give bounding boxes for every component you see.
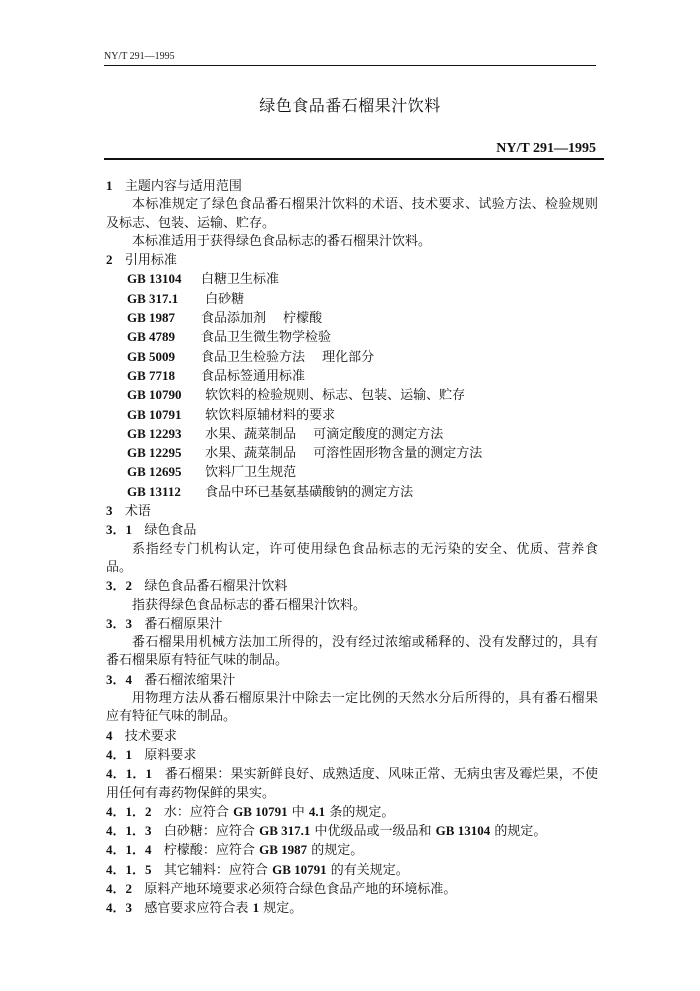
clause-4-1-3: 4．1．3 白砂糖：应符合 GB 317.1 中优级品或一级品和 GB 1310… <box>106 822 598 841</box>
clause-4-1-5: 4．1．5 其它辅料：应符合 GB 10791 的有关规定。 <box>106 861 598 880</box>
term-definition: 系指经专门机构认定，许可使用绿色食品标志的无污染的安全、优质、营养食品。 <box>106 541 598 578</box>
term-definition: 指获得绿色食品标志的番石榴果汁饮料。 <box>106 597 598 615</box>
reference-item: GB 1987食品添加剂 柠檬酸 <box>106 309 598 328</box>
term-definition: 用物理方法从番石榴原果汁中除去一定比例的天然水分后所得的，具有番石榴果应有特征气… <box>106 690 598 727</box>
clause-4-2: 4．2 原料产地环境要求必须符合绿色食品产地的环境标准。 <box>106 880 598 899</box>
reference-item: GB 13104白糖卫生标准 <box>106 270 598 289</box>
clause-4-1-4: 4．1．4 柠檬酸：应符合 GB 1987 的规定。 <box>106 841 598 860</box>
reference-item: GB 12293 水果、蔬菜制品 可滴定酸度的测定方法 <box>106 425 598 444</box>
section-4-1-heading: 4．1 原料要求 <box>106 746 598 765</box>
section-4-heading: 4 技术要求 <box>106 727 598 746</box>
term-definition: 番石榴果用机械方法加工所得的，没有经过浓缩或稀释的、没有发酵过的，具有番石榴果原… <box>106 634 598 671</box>
reference-list: GB 13104白糖卫生标准 GB 317.1 白砂糖 GB 1987食品添加剂… <box>106 270 598 502</box>
reference-item: GB 10791 软饮料原辅材料的要求 <box>106 406 598 425</box>
section-2-heading: 2 引用标准 <box>106 251 598 270</box>
reference-item: GB 4789食品卫生微生物学检验 <box>106 328 598 347</box>
clause-4-3: 4．3 感官要求应符合表 1 规定。 <box>106 899 598 918</box>
term-heading: 3．4 番石榴浓缩果汁 <box>106 671 598 690</box>
clause-4-1-2: 4．1．2 水：应符合 GB 10791 中 4.1 条的规定。 <box>106 803 598 822</box>
running-head: NY/T 291—1995 <box>104 51 175 62</box>
reference-item: GB 10790 软饮料的检验规则、标志、包装、运输、贮存 <box>106 386 598 405</box>
section-1-heading: 1 主题内容与适用范围 <box>106 177 598 196</box>
header-rule <box>104 65 596 66</box>
term-heading: 3．1 绿色食品 <box>106 521 598 540</box>
reference-item: GB 7718食品标签通用标准 <box>106 367 598 386</box>
clause-4-1-1: 4．1．1 番石榴果：果实新鲜良好、成熟适度、风味正常、无病虫害及霉烂果，不使用… <box>106 765 598 803</box>
reference-item: GB 13112 食品中环已基氨基磺酸钠的测定方法 <box>106 483 598 502</box>
reference-item: GB 12695 饮料厂卫生规范 <box>106 463 598 482</box>
document-body: 1 主题内容与适用范围 本标准规定了绿色食品番石榴果汁饮料的术语、技术要求、试验… <box>106 177 598 919</box>
standard-code: NY/T 291—1995 <box>496 141 596 157</box>
section-1-paragraph-1: 本标准规定了绿色食品番石榴果汁饮料的术语、技术要求、试验方法、检验规则及标志、包… <box>106 196 598 233</box>
term-heading: 3．3 番石榴原果汁 <box>106 615 598 634</box>
reference-item: GB 317.1 白砂糖 <box>106 290 598 309</box>
document-title: 绿色食品番石榴果汁饮料 <box>0 93 700 116</box>
reference-item: GB 5009食品卫生检验方法 理化部分 <box>106 348 598 367</box>
section-1-paragraph-2: 本标准适用于获得绿色食品标志的番石榴果汁饮料。 <box>106 233 598 251</box>
section-3-heading: 3 术语 <box>106 502 598 521</box>
standard-code-rule <box>104 158 604 160</box>
term-heading: 3．2 绿色食品番石榴果汁饮料 <box>106 577 598 596</box>
reference-item: GB 12295 水果、蔬菜制品 可溶性固形物含量的测定方法 <box>106 444 598 463</box>
